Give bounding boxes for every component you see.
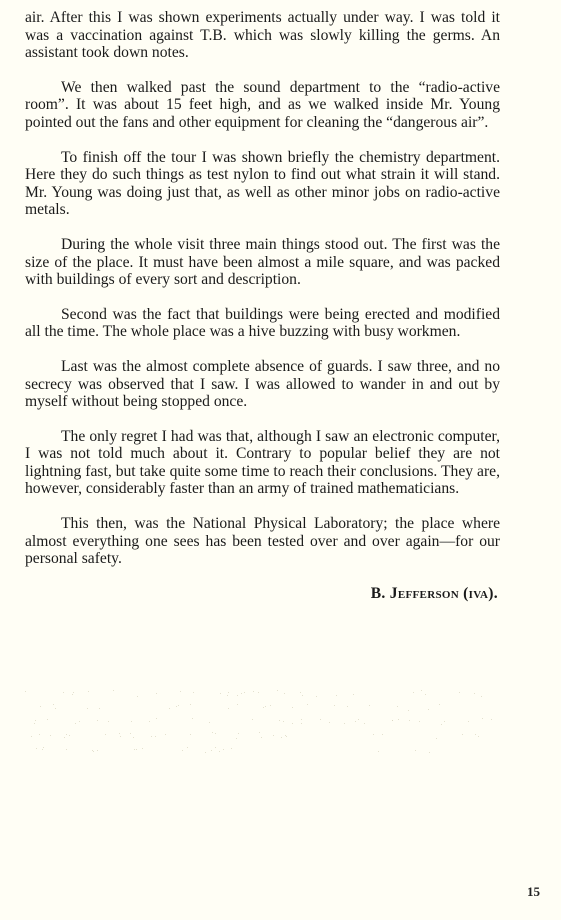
paper-speck (149, 721, 150, 722)
paper-speck (53, 704, 54, 705)
paper-speck (425, 694, 426, 695)
paper-speck (244, 692, 245, 693)
paper-speck (212, 732, 213, 733)
paper-speck (439, 704, 440, 705)
paper-speck (265, 706, 266, 707)
paper-speck (219, 751, 220, 752)
paper-speck (415, 750, 416, 751)
paper-speck (39, 734, 40, 735)
paper-speck (66, 749, 67, 750)
paper-speck (347, 706, 348, 707)
paper-speck (392, 720, 393, 721)
paper-speck (72, 694, 73, 695)
paper-speck (373, 734, 374, 735)
paper-speck (47, 719, 48, 720)
paper-speck (151, 736, 152, 737)
paper-speck (459, 692, 460, 693)
paper-speck (79, 721, 80, 722)
paper-speck (300, 692, 301, 693)
paper-speck (156, 693, 157, 694)
paper-speck (69, 735, 70, 736)
paper-speck (99, 708, 100, 709)
paper-speck (320, 719, 321, 720)
paper-speck (444, 721, 445, 722)
paper-speck (93, 751, 94, 752)
paper-speck (142, 748, 143, 749)
paper-speck (105, 734, 106, 735)
paper-speck (475, 734, 476, 735)
paragraph-5: Second was the fact that buildings were … (25, 306, 500, 341)
paper-speck (211, 750, 212, 751)
paragraph-4: During the whole visit three main things… (25, 236, 500, 289)
paper-speck (378, 751, 379, 752)
paragraph-2: We then walked past the sound department… (25, 79, 500, 132)
paper-speck (97, 750, 98, 751)
paper-speck (165, 734, 166, 735)
paragraph-7: The only regret I had was that, although… (25, 428, 500, 498)
paper-speck (182, 750, 183, 751)
paper-speck (421, 690, 422, 691)
paper-speck (220, 693, 221, 694)
paper-speck (137, 696, 138, 697)
paper-speck (42, 749, 43, 750)
paper-speck (215, 733, 216, 734)
paper-speck (284, 693, 285, 694)
paper-speck (441, 724, 442, 725)
paper-speck (259, 732, 260, 733)
paper-speck (75, 723, 76, 724)
paper-speck (108, 721, 109, 722)
paper-speck (236, 738, 237, 739)
paper-speck (482, 718, 483, 719)
paper-speck (397, 706, 398, 707)
paper-speck (334, 705, 335, 706)
paper-speck (156, 718, 157, 719)
paper-speck (119, 733, 120, 734)
paper-speck (40, 706, 41, 707)
paper-speck (187, 747, 188, 748)
paper-speck (292, 707, 293, 708)
paper-speck (273, 735, 274, 736)
paper-speck (237, 695, 238, 696)
paper-speck (307, 704, 308, 705)
paper-speck (428, 709, 429, 710)
paper-speck (87, 708, 88, 709)
paper-speck (429, 752, 430, 753)
paper-speck (228, 692, 229, 693)
paper-speck (63, 692, 64, 693)
paper-speck (237, 704, 238, 705)
paper-speck (413, 692, 414, 693)
paper-speck (358, 719, 359, 720)
paper-speck (31, 736, 32, 737)
paper-speck (408, 710, 409, 711)
paper-speck (329, 722, 330, 723)
paper-speck (133, 737, 134, 738)
paper-speck (279, 720, 280, 721)
paper-speck (301, 719, 302, 720)
paper-speck (50, 735, 51, 736)
paper-speck (364, 723, 365, 724)
author-signature: B. Jefferson (iva). (25, 585, 500, 603)
paper-speck (92, 750, 93, 751)
paper-speck (253, 691, 254, 692)
paper-speck (215, 747, 216, 748)
paper-speck (419, 721, 420, 722)
paper-speck (281, 737, 282, 738)
document-page: air. After this I was shown experiments … (25, 9, 500, 602)
paragraph-3: To finish off the tour I was shown brief… (25, 149, 500, 219)
paper-speck (193, 692, 194, 693)
paper-speck (231, 748, 232, 749)
paper-speck (66, 734, 67, 735)
paper-speck (25, 691, 26, 692)
paper-speck (474, 693, 475, 694)
paper-speck (468, 721, 469, 722)
paper-speck (336, 695, 337, 696)
paper-speck (180, 691, 181, 692)
paper-speck (43, 747, 44, 748)
paper-speck (462, 734, 463, 735)
paper-speck (131, 721, 132, 722)
paper-speck (344, 723, 345, 724)
paper-speck (369, 705, 370, 706)
paper-speck (270, 705, 271, 706)
paper-speck (176, 706, 177, 707)
paper-speck (64, 737, 65, 738)
paper-speck (97, 720, 98, 721)
paper-speck (286, 736, 287, 737)
paper-speck (292, 723, 293, 724)
paper-speck (238, 733, 239, 734)
paper-speck (223, 749, 224, 750)
paper-speck (353, 694, 354, 695)
paper-speck (481, 696, 482, 697)
paper-speck (205, 752, 206, 753)
paper-speck (301, 723, 302, 724)
paper-speck (478, 736, 479, 737)
paper-speck (261, 737, 262, 738)
paper-speck (382, 734, 383, 735)
paragraph-8: This then, was the National Physical Lab… (25, 515, 500, 568)
paper-speck (398, 719, 399, 720)
paper-speck (113, 690, 114, 691)
paper-speck (491, 719, 492, 720)
paper-speck (409, 720, 410, 721)
paper-speck (285, 735, 286, 736)
paper-speck (277, 690, 278, 691)
paragraph-1: air. After this I was shown experiments … (25, 9, 500, 62)
paper-speck (355, 721, 356, 722)
paper-speck (130, 733, 131, 734)
paper-speck (88, 691, 89, 692)
paper-speck (36, 748, 37, 749)
paper-speck (209, 722, 210, 723)
paper-speck (55, 708, 56, 709)
paper-speck (436, 738, 437, 739)
paper-speck (73, 692, 74, 693)
paper-speck (258, 692, 259, 693)
paper-speck (302, 695, 303, 696)
paper-speck (178, 705, 179, 706)
paper-speck (241, 693, 242, 694)
paragraph-6: Last was the almost complete absence of … (25, 358, 500, 411)
paper-speck (283, 721, 284, 722)
paper-speck (155, 736, 156, 737)
paper-speck (192, 718, 193, 719)
paper-speck (252, 719, 253, 720)
page-number: 15 (527, 884, 540, 900)
paper-speck (35, 720, 36, 721)
paper-speck (190, 734, 191, 735)
paper-speck (228, 708, 229, 709)
paper-speck (169, 708, 170, 709)
paper-speck (227, 695, 228, 696)
paper-speck (34, 723, 35, 724)
paper-speck (136, 749, 137, 750)
paper-speck (316, 696, 317, 697)
paper-speck (120, 736, 121, 737)
paper-speck (190, 704, 191, 705)
